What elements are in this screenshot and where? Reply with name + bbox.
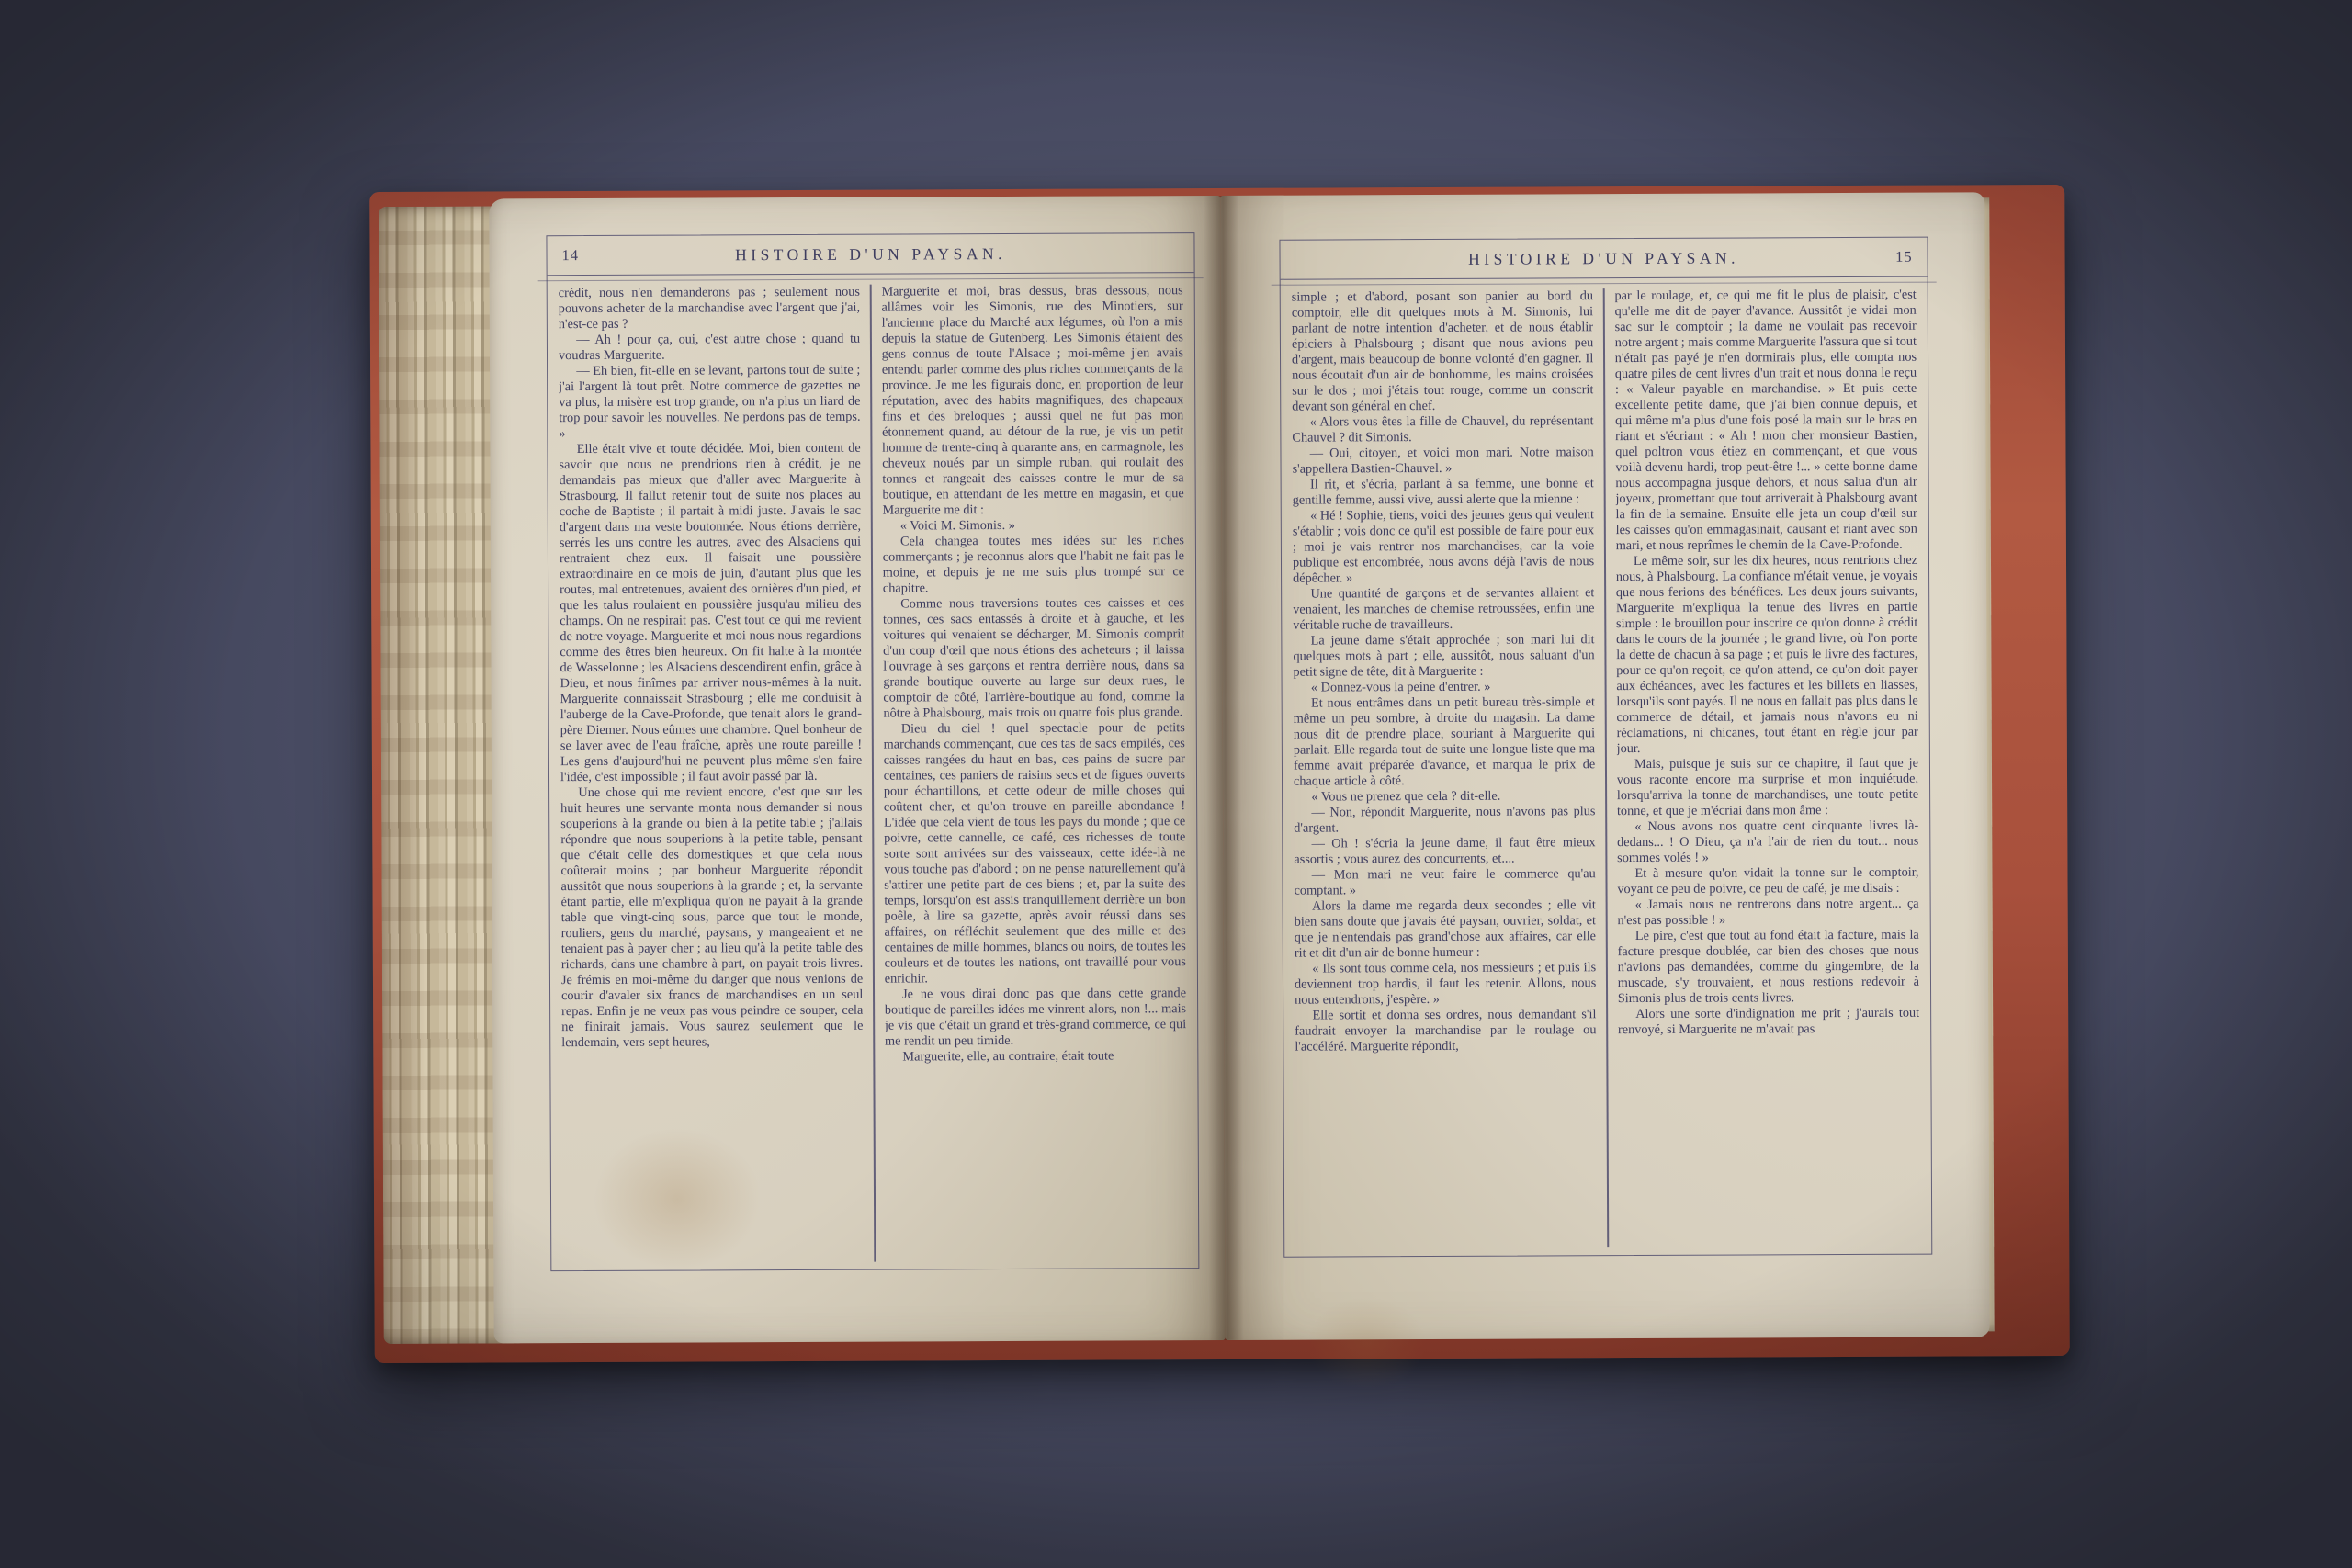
paragraph: — Oui, citoyen, et voici mon mari. Notre… bbox=[1292, 445, 1593, 477]
page-number-15: 15 bbox=[1895, 238, 1913, 276]
running-head-title: HISTOIRE D'UN PAYSAN. bbox=[1468, 248, 1739, 268]
paragraph: Et à mesure qu'on vidait la tonne sur le… bbox=[1617, 865, 1918, 897]
paragraph: Marguerite, elle, au contraire, était to… bbox=[885, 1048, 1186, 1065]
open-book: 14 HISTOIRE D'UN PAYSAN. crédit, nous n'… bbox=[369, 185, 2070, 1363]
paragraph: — Non, répondit Marguerite, nous n'avons… bbox=[1294, 804, 1595, 836]
paragraph: Marguerite et moi, bras dessus, bras des… bbox=[881, 283, 1183, 518]
paragraph: La jeune dame s'était approchée ; son ma… bbox=[1293, 632, 1594, 680]
paragraph: « Donnez-vous la peine d'entrer. » bbox=[1294, 679, 1595, 695]
paragraph: Il rit, et s'écria, parlant à sa femme, … bbox=[1293, 476, 1594, 508]
column-1: simple ; et d'abord, posant son panier a… bbox=[1292, 288, 1598, 1248]
paragraph: Cela changea toutes mes idées sur les ri… bbox=[883, 533, 1185, 596]
paragraph: « Alors vous êtes la fille de Chauvel, d… bbox=[1292, 413, 1593, 446]
column-rule bbox=[1603, 288, 1609, 1247]
paragraph: Mais, puisque je suis sur ce chapitre, i… bbox=[1617, 756, 1919, 819]
page-spread: 14 HISTOIRE D'UN PAYSAN. crédit, nous n'… bbox=[489, 192, 1989, 1343]
paragraph: Et nous entrâmes dans un petit bureau tr… bbox=[1294, 694, 1596, 789]
columns-right-page: simple ; et d'abord, posant son panier a… bbox=[1281, 276, 1932, 1257]
column-2: par le roulage, et, ce qui me fit le plu… bbox=[1614, 288, 1920, 1247]
paragraph: « Voici M. Simonis. » bbox=[883, 517, 1184, 534]
column-rule bbox=[870, 285, 876, 1262]
paragraph: « Hé ! Sophie, tiens, voici des jeunes g… bbox=[1293, 507, 1595, 586]
paragraph: « Ils sont tous comme cela, nos messieur… bbox=[1295, 960, 1596, 1008]
page-number-14: 14 bbox=[561, 236, 579, 275]
running-head-right: HISTOIRE D'UN PAYSAN. 15 bbox=[1280, 238, 1927, 280]
paragraph: Je ne vous dirai donc pas que dans cette… bbox=[885, 986, 1187, 1049]
paragraph: — Mon mari ne veut faire le commerce qu'… bbox=[1294, 866, 1595, 898]
paragraph: Le même soir, sur les dix heures, nous r… bbox=[1616, 553, 1918, 757]
paragraph: — Oh ! s'écria la jeune dame, il faut êt… bbox=[1294, 835, 1595, 867]
paragraph: — Ah ! pour ça, oui, c'est autre chose ;… bbox=[559, 332, 860, 364]
paragraph: « Nous avons nos quatre cent cinquante l… bbox=[1617, 818, 1918, 866]
paragraph: Elle était vive et toute décidée. Moi, b… bbox=[559, 441, 862, 785]
text-frame-right: HISTOIRE D'UN PAYSAN. 15 simple ; et d'a… bbox=[1279, 237, 1932, 1258]
paragraph: — Eh bien, fit-elle en se levant, parton… bbox=[559, 363, 861, 442]
paragraph: Comme nous traversions toutes ces caisse… bbox=[883, 595, 1185, 721]
paragraph: « Jamais nous ne rentrerons dans notre a… bbox=[1617, 897, 1918, 929]
paragraph: Le pire, c'est que tout au fond était la… bbox=[1617, 928, 1919, 1007]
paragraph: Une chose qui me revient encore, c'est q… bbox=[560, 784, 864, 1051]
paragraph: Une quantité de garçons et de servantes … bbox=[1293, 585, 1594, 633]
paragraph: simple ; et d'abord, posant son panier a… bbox=[1292, 288, 1594, 414]
paragraph: crédit, nous n'en demanderons pas ; seul… bbox=[559, 285, 860, 333]
running-head-left: 14 HISTOIRE D'UN PAYSAN. bbox=[547, 233, 1193, 276]
paragraph: par le roulage, et, ce qui me fit le plu… bbox=[1614, 288, 1917, 554]
paragraph: « Vous ne prenez que cela ? dit-elle. bbox=[1294, 788, 1595, 805]
photo-background: 14 HISTOIRE D'UN PAYSAN. crédit, nous n'… bbox=[0, 0, 2352, 1568]
column-1: crédit, nous n'en demanderons pas ; seul… bbox=[559, 285, 865, 1263]
text-frame-left: 14 HISTOIRE D'UN PAYSAN. crédit, nous n'… bbox=[546, 232, 1199, 1271]
column-2: Marguerite et moi, bras dessus, bras des… bbox=[881, 283, 1187, 1261]
paragraph: Elle sortit et donna ses ordres, nous de… bbox=[1295, 1007, 1596, 1055]
page-right: HISTOIRE D'UN PAYSAN. 15 simple ; et d'a… bbox=[1220, 192, 1989, 1340]
columns-left-page: crédit, nous n'en demanderons pas ; seul… bbox=[548, 272, 1199, 1270]
paragraph: Dieu du ciel ! quel spectacle pour de pe… bbox=[883, 720, 1186, 987]
paragraph: Alors la dame me regarda deux secondes ;… bbox=[1295, 897, 1597, 961]
paragraph: Alors une sorte d'indignation me prit ; … bbox=[1618, 1006, 1919, 1038]
page-left: 14 HISTOIRE D'UN PAYSAN. crédit, nous n'… bbox=[489, 196, 1225, 1343]
running-head-title: HISTOIRE D'UN PAYSAN. bbox=[735, 244, 1006, 265]
